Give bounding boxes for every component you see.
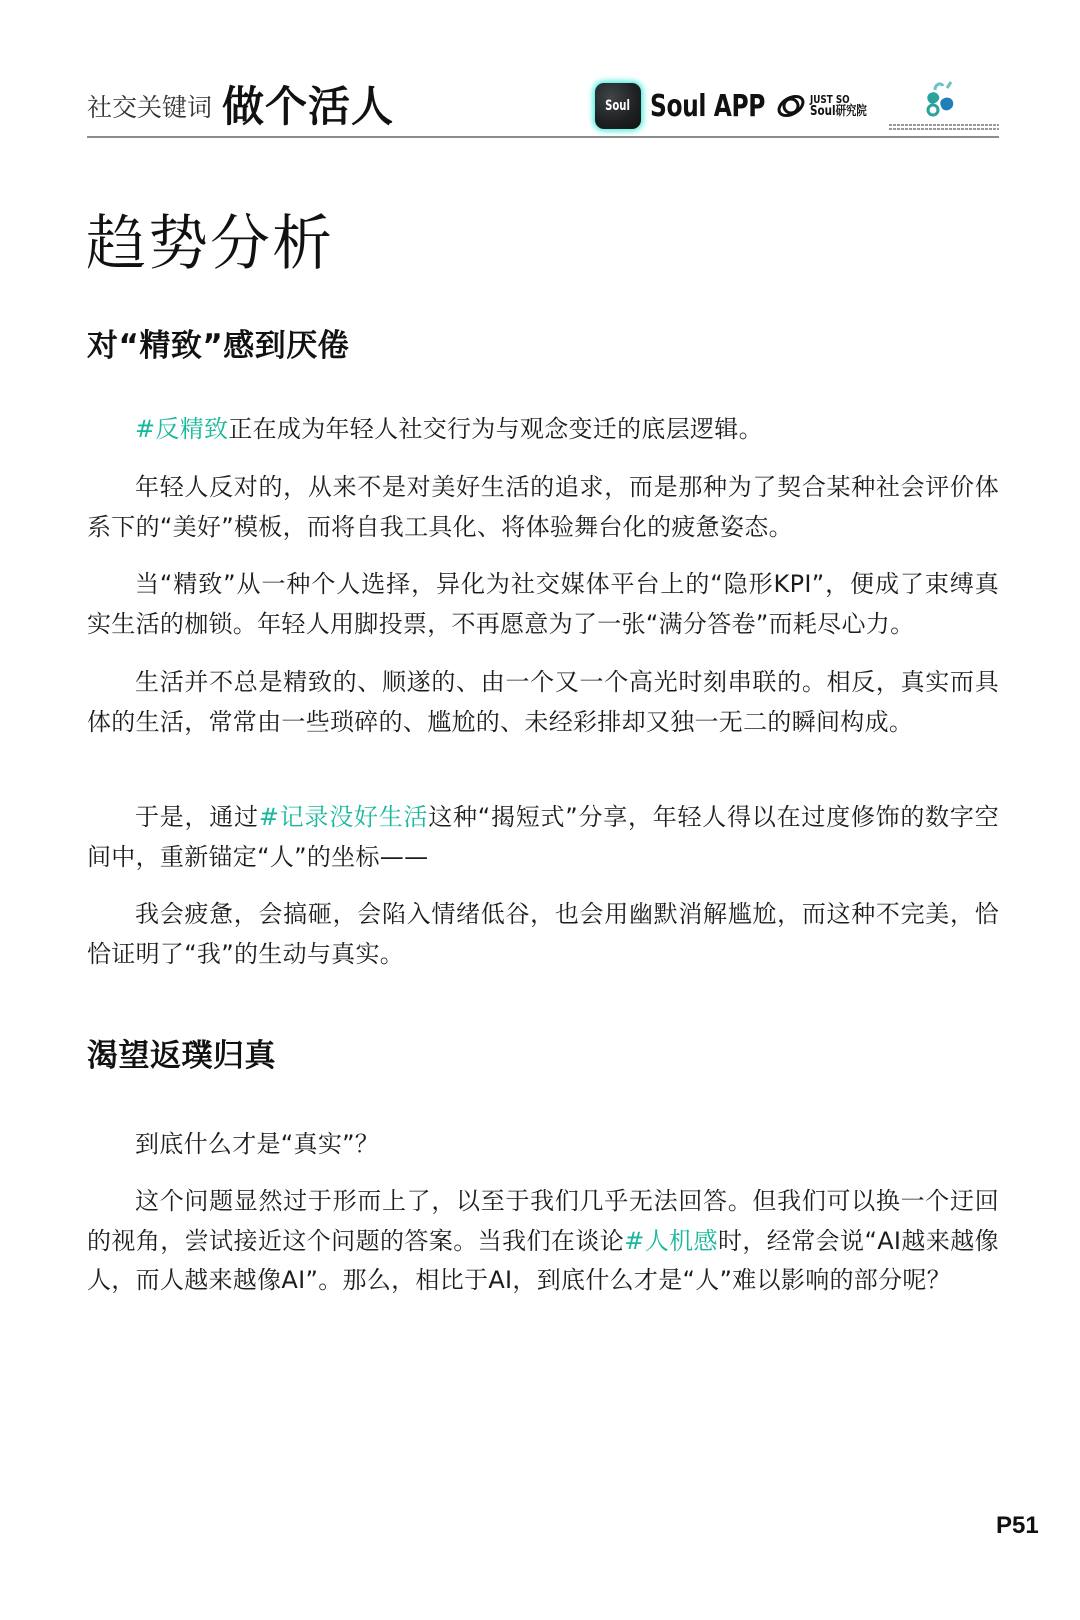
header-divider xyxy=(87,136,999,138)
paragraph: 到底什么才是“真实”？ xyxy=(87,1125,999,1165)
research-center-caption xyxy=(889,124,999,130)
hashtag-link[interactable]: #记录没好生活 xyxy=(259,803,428,831)
page-header: 社交关键词 做个活人 Soul Soul APP JUST SO Soul研究院 xyxy=(87,78,999,134)
hashtag-link[interactable]: #反精致 xyxy=(135,415,228,443)
paragraph: 于是，通过#记录没好生活这种“揭短式”分享，年轻人得以在过度修饰的数字空间中，重… xyxy=(87,798,999,877)
section-title-anti-refinement: 对“精致”感到厌倦 xyxy=(87,320,349,365)
justso-logo: JUST SO Soul研究院 xyxy=(776,91,881,121)
research-center-emblem-icon xyxy=(921,80,961,120)
paragraph: 我会疲惫，会搞砸，会陷入情绪低谷，也会用幽默消解尴尬，而这种不完美，恰恰证明了“… xyxy=(87,895,999,974)
page-number: P51 xyxy=(996,1512,1039,1540)
justso-orbit-icon xyxy=(776,91,806,121)
paragraph: 生活并不总是精致的、顺遂的、由一个又一个高光时刻串联的。相反，真实而具体的生活，… xyxy=(87,663,999,742)
header-keyword: 社交关键词 做个活人 xyxy=(87,86,394,128)
keyword-title: 做个活人 xyxy=(222,86,394,128)
paragraph: #反精致正在成为年轻人社交行为与观念变迁的底层逻辑。 xyxy=(87,410,999,450)
soul-app-wordmark: Soul APP xyxy=(650,89,742,124)
partner-logos: Soul Soul APP JUST SO Soul研究院 xyxy=(595,80,999,132)
soul-app-icon: Soul xyxy=(595,83,641,129)
hashtag-link[interactable]: #人机感 xyxy=(624,1227,718,1255)
section-title-return-to-simplicity: 渴望返璞归真 xyxy=(87,1030,276,1075)
keyword-label: 社交关键词 xyxy=(87,88,212,124)
justso-line2: Soul研究院 xyxy=(810,105,867,118)
paragraph: 这个问题显然过于形而上了，以至于我们几乎无法回答。但我们可以换一个迂回的视角，尝… xyxy=(87,1182,999,1301)
paragraph: 当“精致”从一种个人选择，异化为社交媒体平台上的“隐形KPI”，便成了束缚真实生… xyxy=(87,565,999,644)
page-title: 趋势分析 xyxy=(86,196,334,282)
research-center-logo xyxy=(889,80,999,132)
soul-icon-text: Soul xyxy=(606,98,631,114)
paragraph: 年轻人反对的，从来不是对美好生活的追求，而是那种为了契合某种社会评价体系下的“美… xyxy=(87,468,999,547)
